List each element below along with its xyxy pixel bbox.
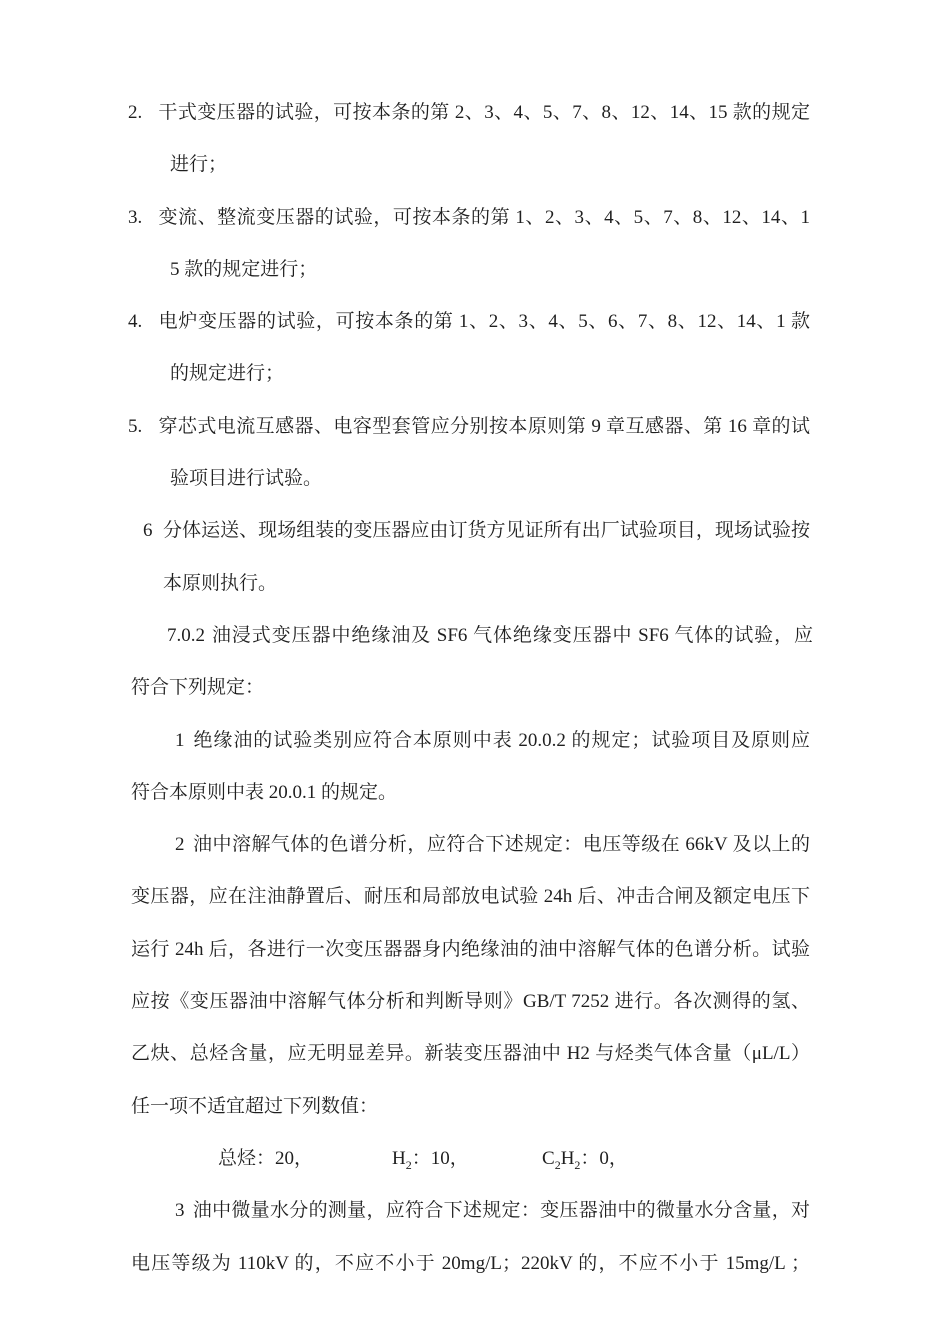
- total-hydrocarbons-limit: 总烃：20，: [218, 1133, 313, 1185]
- subclause-number: 3: [175, 1200, 185, 1221]
- gas-label: C: [542, 1148, 555, 1169]
- line-text: 绝缘油的试验类别应符合本原则中表 20.0.2 的规定；试验项目及原则应: [193, 730, 811, 751]
- gas-label: H: [561, 1148, 575, 1169]
- list-item-3-line2: 5 款的规定进行；: [0, 244, 950, 296]
- subclause-3-line1: 3油中微量水分的测量，应符合下述规定：变压器油中的微量水分含量，对: [0, 1185, 810, 1237]
- gas-value: ：0，: [580, 1148, 628, 1169]
- list-item-5-line1: 5.穿芯式电流互感器、电容型套管应分别按本原则第 9 章互感器、第 16 章的试: [0, 401, 810, 453]
- clause-7-0-2-line2: 符合下列规定：: [0, 662, 950, 714]
- gas-value: 20，: [275, 1148, 313, 1169]
- line-text: 分体运送、现场组装的变压器应由订货方见证所有出厂试验项目，现场试验按: [163, 520, 810, 541]
- clause-7-0-2-line1: 7.0.2油浸式变压器中绝缘油及 SF6 气体绝缘变压器中 SF6 气体的试验，…: [0, 610, 813, 662]
- item-6-line2: 本原则执行。: [0, 558, 950, 610]
- document-body: 2.干式变压器的试验，可按本条的第 2、3、4、5、7、8、12、14、15 款…: [0, 0, 950, 1290]
- h2-limit: H2：10，: [392, 1133, 469, 1185]
- list-item-2-line2: 进行；: [0, 139, 950, 191]
- gas-label: 总烃：: [218, 1148, 275, 1169]
- subclause-2-line5: 乙炔、总烃含量，应无明显差异。新装变压器油中 H2 与烃类气体含量（μL/L）: [0, 1028, 810, 1080]
- list-item-3-line1: 3.变流、整流变压器的试验，可按本条的第 1、2、3、4、5、7、8、12、14…: [0, 192, 810, 244]
- line-text: 变流、整流变压器的试验，可按本条的第 1、2、3、4、5、7、8、12、14、1: [158, 207, 810, 228]
- subclause-2-line4: 应按《变压器油中溶解气体分析和判断导则》GB/T 7252 进行。各次测得的氢、: [0, 976, 810, 1028]
- line-text: 电炉变压器的试验，可按本条的第 1、2、3、4、5、6、7、8、12、14、1 …: [158, 311, 810, 332]
- document-page: 2.干式变压器的试验，可按本条的第 2、3、4、5、7、8、12、14、15 款…: [0, 0, 950, 1343]
- list-item-2-line1: 2.干式变压器的试验，可按本条的第 2、3、4、5、7、8、12、14、15 款…: [0, 87, 810, 139]
- list-item-4-line2: 的规定进行；: [0, 348, 950, 400]
- clause-number: 7.0.2: [167, 625, 205, 646]
- item-number: 6: [143, 505, 163, 557]
- subclause-2-line2: 变压器，应在注油静置后、耐压和局部放电试验 24h 后、冲击合闸及额定电压下: [0, 871, 810, 923]
- c2h2-limit: C2H2：0，: [542, 1133, 628, 1185]
- list-item-5-line2: 验项目进行试验。: [0, 453, 950, 505]
- list-item-4-line1: 4.电炉变压器的试验，可按本条的第 1、2、3、4、5、6、7、8、12、14、…: [0, 296, 810, 348]
- item-6-line1: 6分体运送、现场组装的变压器应由订货方见证所有出厂试验项目，现场试验按: [0, 505, 810, 557]
- item-number: 3.: [128, 192, 158, 244]
- gas-limit-values-line: 总烃：20， H2：10， C2H2：0，: [0, 1133, 950, 1185]
- subclause-2-line1: 2油中溶解气体的色谱分析，应符合下述规定：电压等级在 66kV 及以上的: [0, 819, 810, 871]
- gas-value: ：10，: [412, 1148, 469, 1169]
- item-number: 5.: [128, 401, 158, 453]
- subclause-number: 2: [175, 834, 185, 855]
- subclause-2-line3: 运行 24h 后，各进行一次变压器器身内绝缘油的油中溶解气体的色谱分析。试验: [0, 924, 810, 976]
- gas-label: H: [392, 1148, 406, 1169]
- line-text: 油浸式变压器中绝缘油及 SF6 气体绝缘变压器中 SF6 气体的试验，应: [211, 625, 813, 646]
- subclause-3-line2: 电压等级为 110kV 的，不应不小于 20mg/L；220kV 的，不应不小于…: [0, 1238, 810, 1290]
- item-number: 2.: [128, 87, 158, 139]
- line-text: 穿芯式电流互感器、电容型套管应分别按本原则第 9 章互感器、第 16 章的试: [158, 416, 810, 437]
- subclause-1-line1: 1绝缘油的试验类别应符合本原则中表 20.0.2 的规定；试验项目及原则应: [0, 715, 810, 767]
- subclause-2-line6: 任一项不适宜超过下列数值：: [0, 1081, 950, 1133]
- item-number: 4.: [128, 296, 158, 348]
- subclause-1-line2: 符合本原则中表 20.0.1 的规定。: [0, 767, 950, 819]
- line-text: 油中微量水分的测量，应符合下述规定：变压器油中的微量水分含量，对: [193, 1200, 811, 1221]
- line-text: 干式变压器的试验，可按本条的第 2、3、4、5、7、8、12、14、15 款的规…: [158, 102, 810, 123]
- subclause-number: 1: [175, 730, 185, 751]
- line-text: 油中溶解气体的色谱分析，应符合下述规定：电压等级在 66kV 及以上的: [193, 834, 811, 855]
